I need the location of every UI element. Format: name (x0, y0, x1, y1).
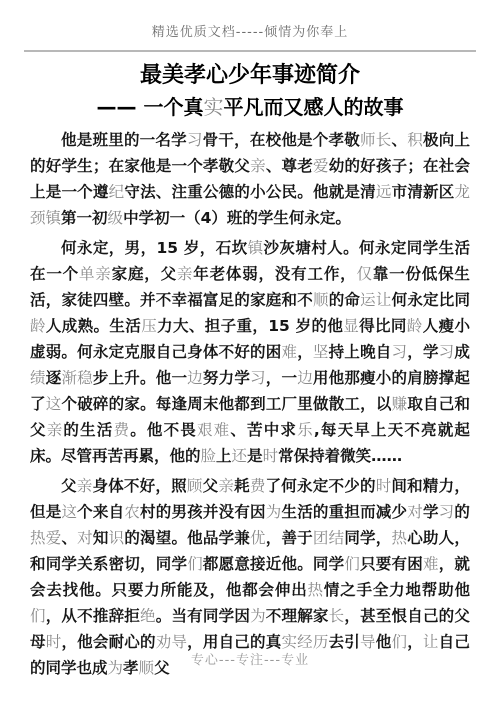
paragraph: 他是班里的一名学习骨干，在校他是个孝敬师长、积极向上的好学生；在家他是一个孝敬父… (30, 127, 470, 231)
document-page: 精选优质文档-----倾情为你奉上 最美孝心少年事迹简介 —— 一个真实平凡而又… (0, 0, 500, 708)
page-footer: 专心---专注---专业 (0, 649, 500, 668)
document-title: 最美孝心少年事迹简介 (0, 62, 500, 90)
header-divider (24, 50, 476, 52)
document-subtitle: —— 一个真实平凡而又感人的故事 (0, 94, 500, 120)
paragraph: 何永定，男，15 岁，石坎镇沙灰塘村人。何永定同学生活在一个单亲家庭，父亲年老体… (30, 235, 470, 469)
page-header: 精选优质文档-----倾情为你奉上 (0, 0, 500, 40)
header-promo-text: 精选优质文档-----倾情为你奉上 (152, 25, 348, 40)
document-body: 他是班里的一名学习骨干，在校他是个孝敬师长、积极向上的好学生；在家他是一个孝敬父… (0, 120, 500, 681)
footer-slogan-text: 专心---专注---专业 (191, 653, 309, 668)
